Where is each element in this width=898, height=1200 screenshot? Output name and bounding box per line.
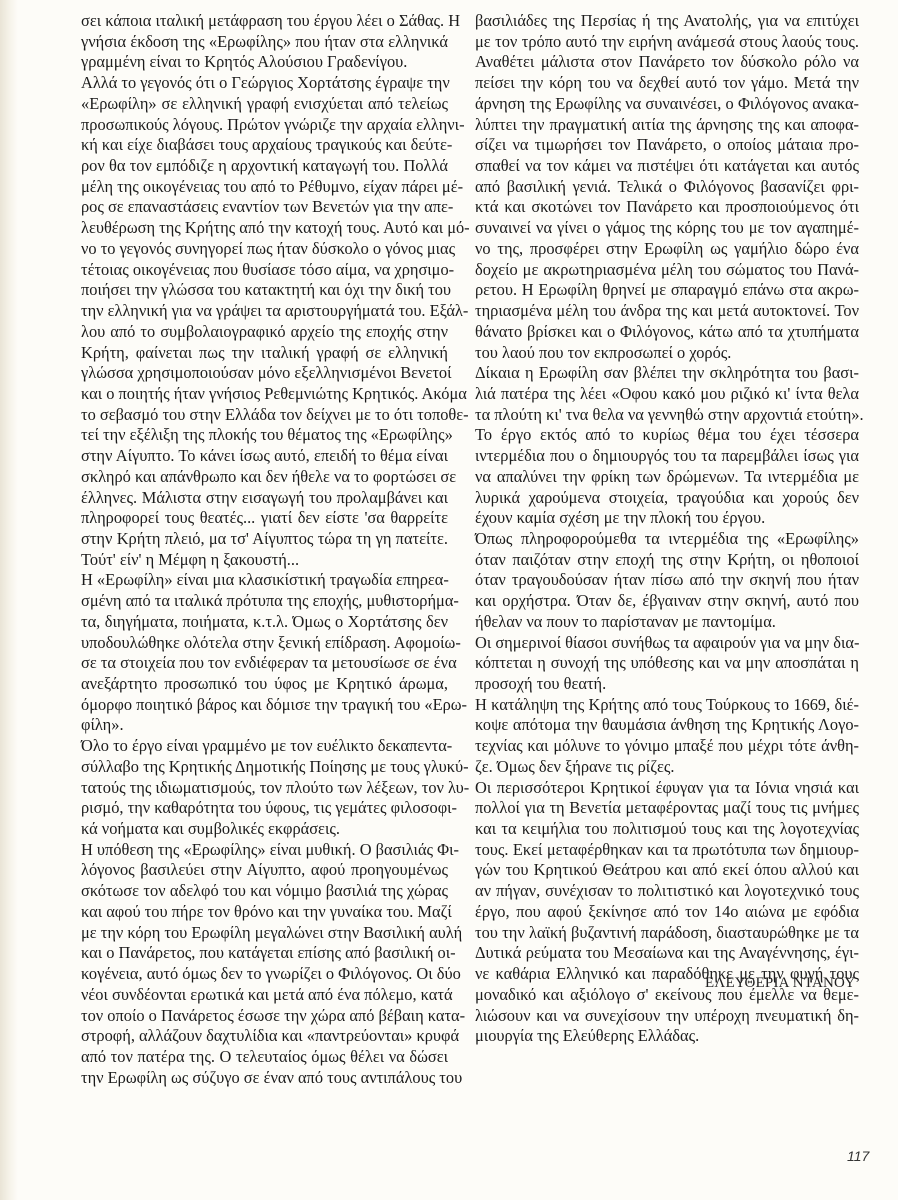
text-line: τα πλούτη κι' τνα θελα να γεννηθώ στην α… <box>475 405 859 426</box>
paragraph: Αλλά το γεγονός ότι ο Γεώργιος Χορτάτσης… <box>81 73 448 570</box>
text-line: και αφού του πήρε τον θρόνο και την γυνα… <box>81 902 448 923</box>
paragraph: Η υπόθεση της «Ερωφίλης» είναι μυθική. Ο… <box>81 840 448 1089</box>
text-line: σκληρό και απάνθρωπο και δεν ήθελε να το… <box>81 467 448 488</box>
text-line: ρισμό, την καθαρότητα του ύφους, τις γεμ… <box>81 798 448 819</box>
text-line: ιντερμέδια που ο δημιουργός του τα παρεμ… <box>475 446 859 467</box>
text-line: κά νοήματα και συμβολικές εκφράσεις. <box>81 819 448 840</box>
text-line: Αναθέτει μάλιστα στον Πανάρετο τον δύσκο… <box>475 52 859 73</box>
text-line: Αλλά το γεγονός ότι ο Γεώργιος Χορτάτσης… <box>81 73 448 94</box>
text-line: «Ερωφίλη» σε ελληνική γραφή ενισχύεται α… <box>81 94 448 115</box>
paragraph: Οι περισσότεροι Κρητικοί έφυγαν για τα Ι… <box>475 778 859 1047</box>
text-line: τατούς της ιδιωματισμούς, τον πλούτο των… <box>81 778 448 799</box>
text-line: Το έργο εκτός από το κυρίως θέμα του έχε… <box>475 425 859 446</box>
text-line: προσωπικούς λόγους. Πρώτον γνώριζε την α… <box>81 115 448 136</box>
text-line: από τον πατέρα της. Ο τελευταίος όμως θέ… <box>81 1047 448 1068</box>
text-line: ρος σε επαναστάσεις εναντίον των Βενετών… <box>81 197 448 218</box>
text-line: ζε. Όμως δεν ξήρανε τις ρίζες. <box>475 757 859 778</box>
paragraph: σει κάποια ιταλική μετάφραση του έργου λ… <box>81 11 448 73</box>
text-line: με την κόρη του Ερωφίλη μεγαλώνει στην Β… <box>81 923 448 944</box>
text-line: λιώσουν και να συνεχίσουν την υπέροχη πν… <box>475 1006 859 1027</box>
text-line: λύπτει την πραγματική αιτία της άρνησης … <box>475 115 859 136</box>
text-line: τον οποίο ο Πανάρετος έσωσε την χώρα από… <box>81 1006 448 1027</box>
text-line: έργο, που αφού ξεκίνησε από τον 14ο αιών… <box>475 902 859 923</box>
text-line: νέοι συνδέονται ερωτικά και μετά από ένα… <box>81 985 448 1006</box>
text-line: Δυτικά ρεύματα του Μεσαίωνα και της Αναγ… <box>475 943 859 964</box>
text-line: λιά πατέρα της λέει «Οφου κακό μου ριζικ… <box>475 384 859 405</box>
text-line: Δίκαια η Ερωφίλη σαν βλέπει την σκληρότη… <box>475 363 859 384</box>
paragraph: Η «Ερωφίλη» είναι μια κλασικίστική τραγω… <box>81 570 448 736</box>
text-line: στην Κρήτη πλειό, μα τσ' Αίγυπτος τώρα τ… <box>81 529 448 550</box>
text-line: τους. Εκεί μεταφέρθηκαν και τα πρωτότυπα… <box>475 840 859 861</box>
text-line: Η κατάληψη της Κρήτης από τους Τούρκους … <box>475 695 859 716</box>
paragraph: βασιλιάδες της Περσίας ή της Ανατολής, γ… <box>475 11 859 363</box>
text-line: ανεξάρτητο προσωπικό του ύφος με Κρητικό… <box>81 674 448 695</box>
text-line: όταν παιζόταν στην εποχή της στην Κρήτη,… <box>475 550 859 571</box>
text-line: φίλη». <box>81 715 448 736</box>
page-edge-shadow <box>0 0 18 1200</box>
text-line: και τα κειμήλια του πολιτισμού τους και … <box>475 819 859 840</box>
text-line: βασιλιάδες της Περσίας ή της Ανατολής, γ… <box>475 11 859 32</box>
text-line: αν πήγαν, συνέχισαν το πολιτιστικό και λ… <box>475 881 859 902</box>
text-line: υποδουλώθηκε ολότελα στην ξενική επίδρασ… <box>81 633 448 654</box>
text-line: και ο ποιητής ήταν γνήσιος Ρεθεμνιώτης Κ… <box>81 384 448 405</box>
text-line: Οι σημερινοί θίασοι συνήθως τα αφαιρούν … <box>475 633 859 654</box>
text-line: τεχνίας και μόλυνε το γόνιμο μπαξέ που μ… <box>475 736 859 757</box>
text-line: την ελληνική για να γράψει τα αριστουργή… <box>81 301 448 322</box>
text-line: θάνατο βρίσκει και ο Φιλόγονος, κάτω από… <box>475 322 859 343</box>
text-line: σύλλαβο της Κρητικής Δημοτικής Ποίησης μ… <box>81 757 448 778</box>
paragraph: Οι σημερινοί θίασοι συνήθως τα αφαιρούν … <box>475 633 859 695</box>
left-text-column: σει κάποια ιταλική μετάφραση του έργου λ… <box>81 11 448 1088</box>
text-line: στην Αίγυπτο. Το κάνει ίσως αυτό, επειδή… <box>81 446 448 467</box>
text-line: σπαθεί να τον κάμει να πιστέψει ότι κατά… <box>475 156 859 177</box>
text-line: κτά και σκοτώνει τον Πανάρετο και προσπο… <box>475 197 859 218</box>
text-line: και ορχήστρα. Όταν δε, έβγαιναν στην σκη… <box>475 591 859 612</box>
text-line: γραμμένη είναι το Κρητός Αλούσιου Γραδεν… <box>81 52 448 73</box>
text-line: πολλοί για τη Βενετία μεταφέροντας μαζί … <box>475 798 859 819</box>
text-line: τεί την εξέλιξη της πλοκής του θέματος τ… <box>81 425 448 446</box>
text-line: συναινεί να γίνει ο γάμος της κόρης του … <box>475 218 859 239</box>
text-line: όμορφο ποιητικό βάρος και δόμισε την τρα… <box>81 695 448 716</box>
paragraph: Δίκαια η Ερωφίλη σαν βλέπει την σκληρότη… <box>475 363 859 529</box>
text-line: και ο Πανάρετος, που κατάγεται επίσης απ… <box>81 943 448 964</box>
text-line: γών του Κρητικού Θεάτρου και από εκεί όπ… <box>475 860 859 881</box>
text-line: γνήσια έκδοση της «Ερωφίλης» που ήταν στ… <box>81 32 448 53</box>
text-line: μέλη της οικογένειας του από το Ρέθυμνο,… <box>81 177 448 198</box>
text-line: από βασιλική γενιά. Τελικά ο Φιλόγονος β… <box>475 177 859 198</box>
text-line: μιουργία της Ελεύθερης Ελλάδας. <box>475 1026 859 1047</box>
text-line: Η «Ερωφίλη» είναι μια κλασικίστική τραγω… <box>81 570 448 591</box>
text-line: σκότωσε τον αδελφό του και νόμιμο βασιλι… <box>81 881 448 902</box>
text-line: λυρικά χαρούμενα στοιχεία, τραγούδια και… <box>475 488 859 509</box>
text-line: του την λαϊκή βυζαντινή παράδοση, διαστα… <box>475 923 859 944</box>
text-line: να απαλύνει την φρίκη των δρώμενων. Τα ι… <box>475 467 859 488</box>
text-line: λευθέρωση της Κρήτης από την κατοχή τους… <box>81 218 448 239</box>
text-line: σει κάποια ιταλική μετάφραση του έργου λ… <box>81 11 448 32</box>
right-text-column: βασιλιάδες της Περσίας ή της Ανατολής, γ… <box>475 11 859 1047</box>
author-signature: ΕΛΕΥΘΕΡΙΑ ΝΤΑΝΟΥ <box>705 975 855 992</box>
text-line: νο της, προσφέρει στην Ερωφίλη ως γαμήλι… <box>475 239 859 260</box>
text-line: Όπως πληροφορούμεθα τα ιντερμέδια της «Ε… <box>475 529 859 550</box>
text-line: νο το γεγονός συνηγορεί πως ήταν δύσκολο… <box>81 239 448 260</box>
text-line: την Ερωφίλη ως σύζυγο σε έναν από τους α… <box>81 1068 448 1089</box>
text-line: άρνηση της Ερωφίλης να συναινέσει, ο Φιλ… <box>475 94 859 115</box>
text-line: σε τα στοιχεία που τον ενδιέφεραν τα μετ… <box>81 653 448 674</box>
text-line: έχουν καμία σχέση με την πλοκή του έργου… <box>475 508 859 529</box>
text-line: κόπτεται η συνοχή της υπόθεσης και να μη… <box>475 653 859 674</box>
text-line: με τον τρόπο αυτό την ειρήνη ανάμεσά στο… <box>475 32 859 53</box>
text-line: Οι περισσότεροι Κρητικοί έφυγαν για τα Ι… <box>475 778 859 799</box>
text-line: δοχείο με ακρωτηριασμένα μέλη του σώματο… <box>475 260 859 281</box>
text-line: του λαού που τον εκπροσωπεί ο χορός. <box>475 343 859 364</box>
text-line: Η υπόθεση της «Ερωφίλης» είναι μυθική. Ο… <box>81 840 448 861</box>
text-line: πληροφορεί τους θεατές... γιατί δεν είστ… <box>81 508 448 529</box>
paragraph: Όλο το έργο είναι γραμμένο με τον ευέλικ… <box>81 736 448 840</box>
text-line: ποιήσει την γλώσσα του κατακτητή και όχι… <box>81 280 448 301</box>
paragraph: Όπως πληροφορούμεθα τα ιντερμέδια της «Ε… <box>475 529 859 633</box>
text-line: σμένη από τα ιταλικά πρότυπα της εποχής,… <box>81 591 448 612</box>
text-line: γλώσσα χρησιμοποιούσαν μόνο εξελληνισμέν… <box>81 363 448 384</box>
text-line: στροφή, αλλάζουν δαχτυλίδια και «παντρεύ… <box>81 1026 448 1047</box>
page-number: 117 <box>847 1148 869 1164</box>
text-line: λόγονος βασιλεύει στην Αίγυπτο, αφού προ… <box>81 860 448 881</box>
text-line: έλληνες. Μάλιστα στην εισαγωγή του προλα… <box>81 488 448 509</box>
paragraph: Η κατάληψη της Κρήτης από τους Τούρκους … <box>475 695 859 778</box>
text-line: ρον θα τον εμπόδιζε η αρχοντική καταγωγή… <box>81 156 448 177</box>
text-line: κογένεια, αυτό όμως δεν το γνωρίζει ο Φι… <box>81 964 448 985</box>
text-line: πείσει την κόρη του να δεχθεί αυτό τον γ… <box>475 73 859 94</box>
text-line: το σεβασμό του στην Ελλάδα τον δείχνει μ… <box>81 405 448 426</box>
text-line: Κρήτη, φαίνεται πως την ιταλική γραφή σε… <box>81 343 448 364</box>
text-line: κοψε απότομα την θαυμάσια άνθηση της Κρη… <box>475 715 859 736</box>
text-line: Όλο το έργο είναι γραμμένο με τον ευέλικ… <box>81 736 448 757</box>
text-line: λου από το συμβολαιογραφικό αρχείο της ε… <box>81 322 448 343</box>
text-line: τηριασμένα μέλη του άνδρα της και μετά α… <box>475 301 859 322</box>
text-line: Τούτ' είν' η Μέμφη η ξακουστή... <box>81 550 448 571</box>
text-line: τέτοιας οικογένειας που θυσίασε τόσο αίμ… <box>81 260 448 281</box>
text-line: ήθελαν να πουν το παρίσταναν με παντομίμ… <box>475 612 859 633</box>
text-line: τα, διηγήματα, ποιήματα, κ.τ.λ. Όμως ο Χ… <box>81 612 448 633</box>
text-line: προσοχή του θεατή. <box>475 674 859 695</box>
text-line: σίζει να τιμωρήσει τον Πανάρετο, ο οποίο… <box>475 135 859 156</box>
text-line: όταν τραγουδούσαν ήταν πίσω από την σκην… <box>475 570 859 591</box>
text-line: κή και είχε διαβάσει τους αρχαίους τραγι… <box>81 135 448 156</box>
text-line: ρετου. Η Ερωφίλη θρηνεί με σπαραγμό επάν… <box>475 280 859 301</box>
